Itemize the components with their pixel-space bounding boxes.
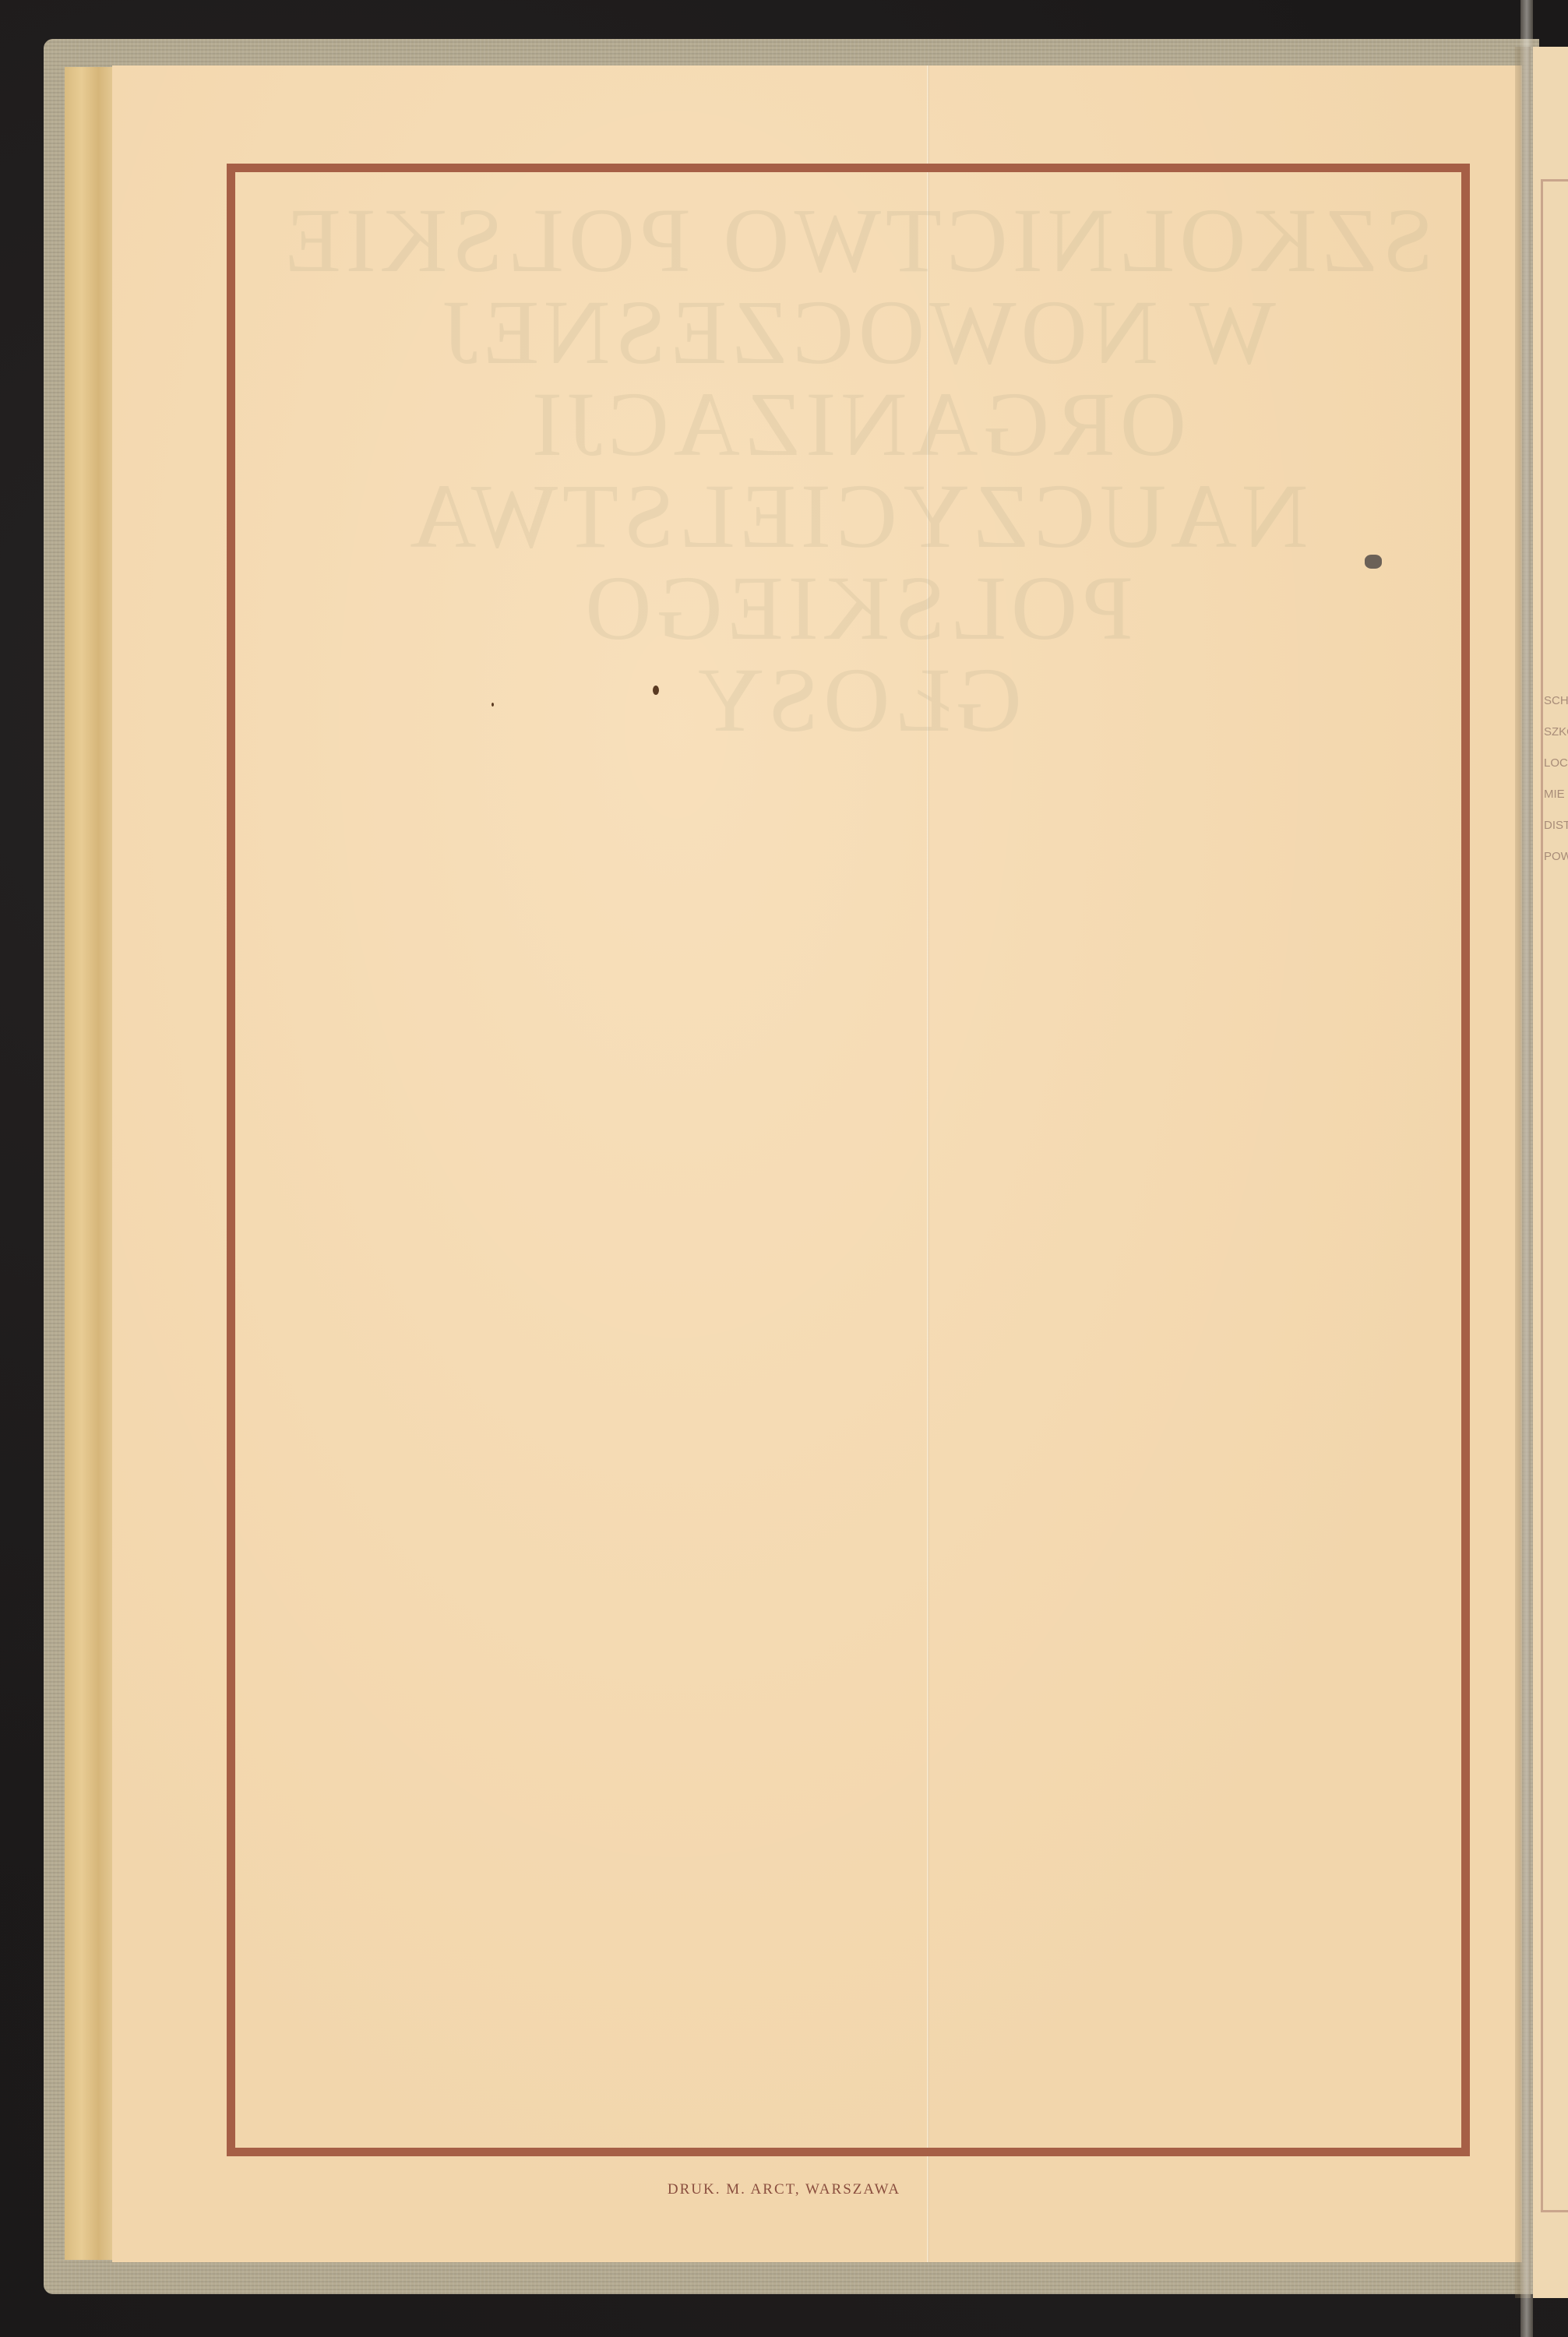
- adjacent-page-frame: [1541, 179, 1568, 2212]
- adjacent-page-strip: SCH SZKO LOC MIE DIST POW: [1533, 47, 1568, 2298]
- printer-imprint: DRUK. M. ARCT, WARSZAWA: [0, 2181, 1568, 2198]
- ink-speck: [653, 686, 659, 695]
- ink-speck: [1365, 555, 1382, 569]
- adjacent-page-text: SCH SZKO LOC MIE DIST POW: [1544, 686, 1568, 872]
- scanner-glass-edge: [1520, 0, 1533, 2337]
- ink-speck: [492, 703, 494, 707]
- page-border-frame: [227, 164, 1470, 2156]
- page-block-edges: [65, 67, 113, 2260]
